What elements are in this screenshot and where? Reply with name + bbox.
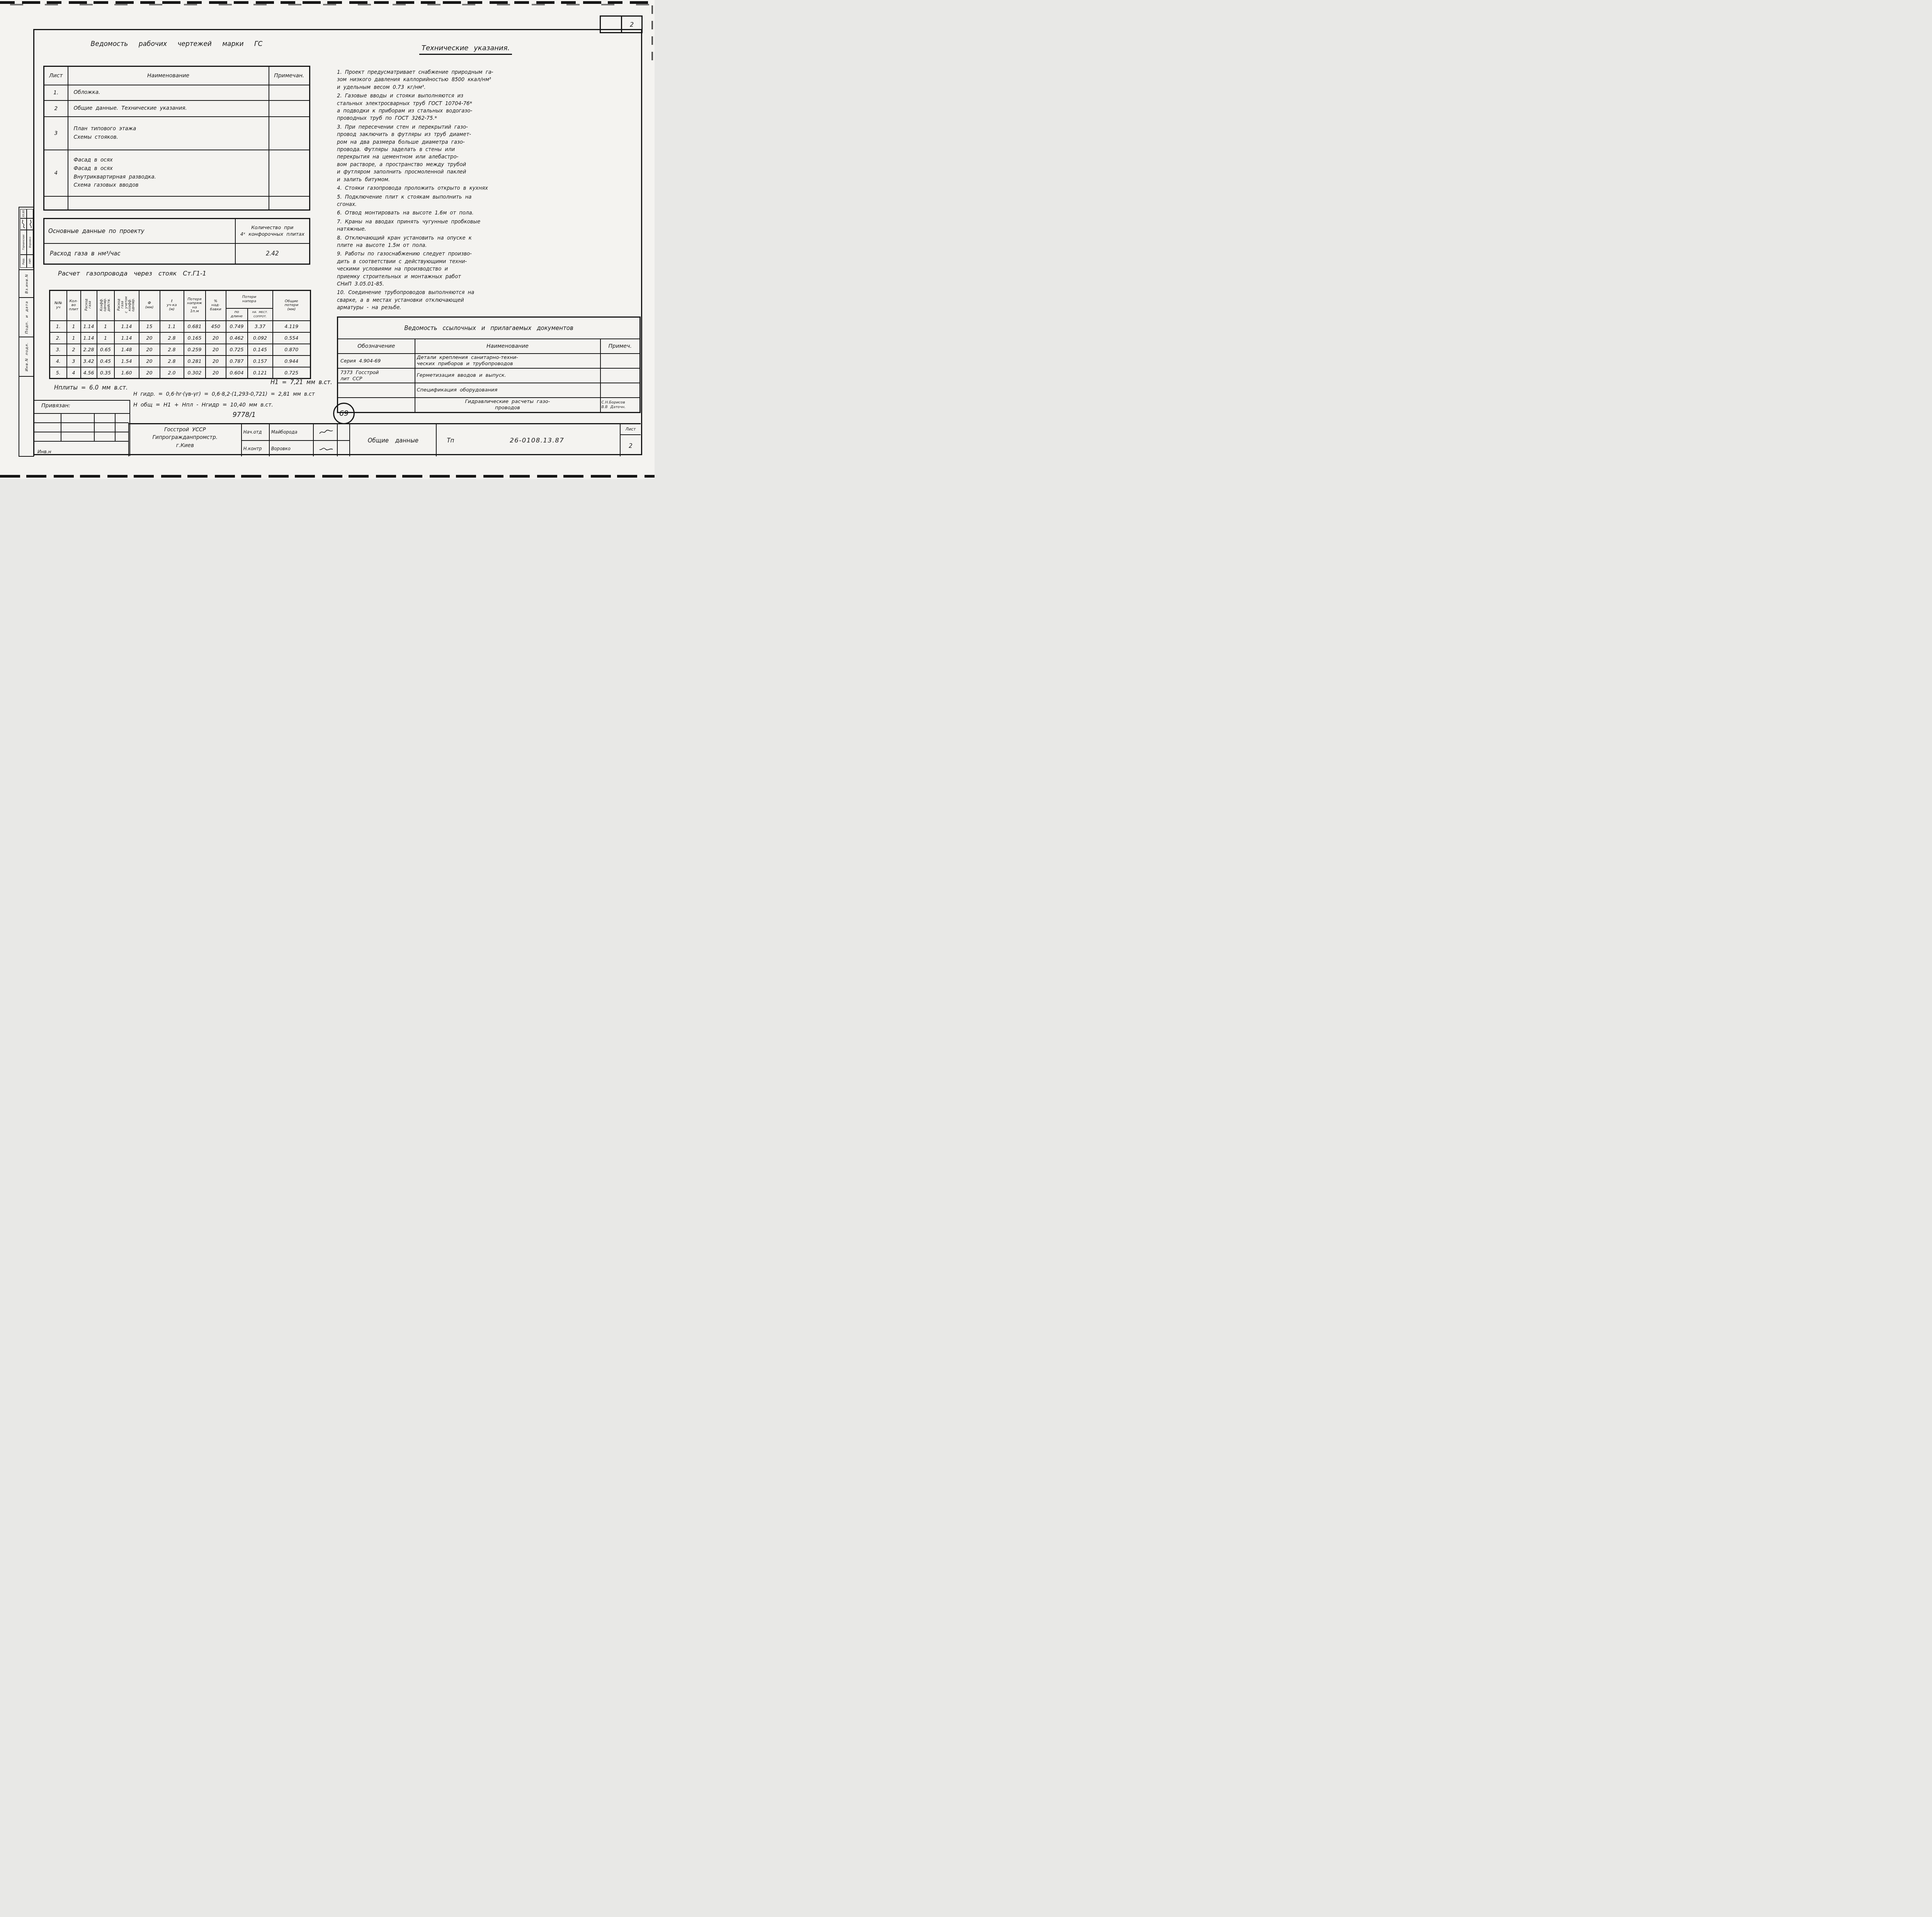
cell: 0.092 xyxy=(248,332,273,344)
sign-date-empty xyxy=(27,209,33,218)
worklist-header-row: Лист Наименование Примечан. xyxy=(44,66,310,85)
cell: 1.14 xyxy=(114,332,139,344)
grid-cell xyxy=(34,423,61,432)
cell-code xyxy=(338,383,415,398)
left-stamp-column: Разр. Горчинская XII.86 ГИП Воровко Вз.и… xyxy=(19,207,34,457)
cell-name: Герметизация вводов и выпуск. xyxy=(415,368,600,383)
cell: 0.165 xyxy=(184,332,206,344)
cell: 20 xyxy=(139,367,160,379)
cell: 1.1 xyxy=(160,321,184,332)
cell: 2 xyxy=(67,344,81,356)
cell: 2.0 xyxy=(160,367,184,379)
grid-cell xyxy=(61,423,95,432)
doc-number: 9778/1 xyxy=(233,411,256,419)
cell-sheet xyxy=(44,196,68,210)
cell: 1.48 xyxy=(114,344,139,356)
cell-sheet: 2 xyxy=(44,100,68,117)
approval-name: Воровко xyxy=(270,441,314,457)
gas-flow-value: 2.42 xyxy=(235,243,310,264)
calc-header-row-1: №№ уч Кол- во плит Расход газа Коэфф. од… xyxy=(50,291,311,308)
tech-note-1: 1. Проект предусматривает снабжение прир… xyxy=(337,69,600,91)
cell-note xyxy=(269,100,310,117)
cell: 2. xyxy=(50,332,67,344)
h-po-dline: по длине xyxy=(226,308,248,321)
docs-row: Спецификация оборудования xyxy=(338,383,640,398)
cell: 1.54 xyxy=(114,356,139,367)
worklist-title: Ведомость рабочих чертежей марки ГС xyxy=(43,40,310,48)
tech-note-2: 2. Газовые вводы и стояки выполняются из… xyxy=(337,92,600,122)
cell: 20 xyxy=(206,344,226,356)
cell: 3.37 xyxy=(248,321,273,332)
cell: 20 xyxy=(139,344,160,356)
stamp-empty-cell xyxy=(19,377,34,456)
approval-role: Нач.отд xyxy=(242,424,270,440)
cell-code: Серия 4.904-69 xyxy=(338,354,415,368)
cell-note xyxy=(600,354,640,368)
calc-row: 1.11.1411.14151.10.6814500.7493.374.119 xyxy=(50,321,311,332)
tech-notes-title: Технические указания. xyxy=(419,44,512,55)
h-mest-soprot: НА МЕСТ. СОПРОТ. xyxy=(248,308,273,321)
tech-note-8: 8. Отключающий кран установить на опуске… xyxy=(337,235,600,250)
cell: 0.462 xyxy=(226,332,248,344)
cell-name xyxy=(68,196,269,210)
h-uch: №№ уч xyxy=(50,291,67,321)
cell: 4. xyxy=(50,356,67,367)
cell: 20 xyxy=(139,332,160,344)
basic-data-row: Расход газа в нм³/час 2.42 xyxy=(44,243,310,264)
cell: 1.60 xyxy=(114,367,139,379)
cell-name: Гидравлические расчеты газо- проводов xyxy=(415,398,600,412)
grid-cell xyxy=(61,432,95,442)
worklist-row xyxy=(44,196,310,210)
calc-title: Расчет газопровода через стояк Ст.Г1-1 xyxy=(58,270,206,277)
cell-note xyxy=(269,85,310,100)
tech-note-10: 10. Соединение трубопроводов выполняются… xyxy=(337,289,600,311)
signature-icon xyxy=(27,218,33,230)
cell: 20 xyxy=(206,367,226,379)
sheet-number: 2 xyxy=(621,435,641,456)
h-plates: Кол- во плит xyxy=(67,291,81,321)
docs-title-row: Ведомость ссылочных и прилагаемых докуме… xyxy=(338,317,640,339)
tech-note-9: 9. Работы по газоснабжению следует произ… xyxy=(337,250,600,288)
cell-note xyxy=(600,368,640,383)
col-sheet: Лист xyxy=(44,66,68,85)
cell: 0.45 xyxy=(97,356,114,367)
cell: 4.119 xyxy=(273,321,311,332)
cell-name: Детали крепления санитарно-техни- ческих… xyxy=(415,354,600,368)
cell: 0.35 xyxy=(97,367,114,379)
col-note: Примечан. xyxy=(269,66,310,85)
cell: 4 xyxy=(67,367,81,379)
tech-note-3: 3. При пересечении стен и перекрытий газ… xyxy=(337,124,600,184)
grid-cell xyxy=(34,414,61,423)
torn-edge-top-2 xyxy=(0,4,655,5)
approval-role: Н.контр xyxy=(242,441,270,457)
document-code: 26-0108.13.87 xyxy=(454,437,620,444)
grid-cell xyxy=(116,432,129,442)
h-rashod: Расход газа xyxy=(81,291,97,321)
cell: 20 xyxy=(206,332,226,344)
cell: 1.14 xyxy=(114,321,139,332)
cell: 1. xyxy=(50,321,67,332)
cell: 0.554 xyxy=(273,332,311,344)
grid-cell xyxy=(95,414,116,423)
cell: 0.604 xyxy=(226,367,248,379)
worklist-row: 3 План типового этажа Схемы стояков. xyxy=(44,117,310,150)
cell: 2.8 xyxy=(160,356,184,367)
grid-cell xyxy=(116,423,129,432)
cell-code xyxy=(338,398,415,412)
stamp-vzam-inv: Вз.инв.N xyxy=(19,270,34,298)
cell: 1 xyxy=(97,321,114,332)
cell: 0.787 xyxy=(226,356,248,367)
h-total-losses: Общие потери (мм) xyxy=(273,291,311,321)
calc-row: 4.33.420.451.54202.80.281200.7870.1570.9… xyxy=(50,356,311,367)
approval-name: Майборода xyxy=(270,424,314,440)
basic-data-header-row: Основные данные по проекту Количество пр… xyxy=(44,219,310,243)
h-koeff: Коэфф. одновр. действ. xyxy=(97,291,114,321)
signature-icon xyxy=(314,424,338,440)
sign-role: Разр. xyxy=(20,255,27,268)
cell: 0.944 xyxy=(273,356,311,367)
docs-row: Серия 4.904-69 Детали крепления санитарн… xyxy=(338,354,640,368)
tech-note-6: 6. Отвод монтировать на высоте 1.6м от п… xyxy=(337,209,600,217)
worklist-table: Лист Наименование Примечан. 1. Обложка. … xyxy=(43,66,309,211)
docs-title: Ведомость ссылочных и прилагаемых докуме… xyxy=(338,317,640,339)
cell-note xyxy=(269,150,310,196)
approval-empty xyxy=(338,441,350,457)
worklist-row: 1. Обложка. xyxy=(44,85,310,100)
cell-sheet: 4 xyxy=(44,150,68,196)
cell: 5. xyxy=(50,367,67,379)
docs-list-table: Ведомость ссылочных и прилагаемых докуме… xyxy=(337,316,639,413)
h-percent: % над- бавки xyxy=(206,291,226,321)
grid-cell xyxy=(61,414,95,423)
cell: 0.725 xyxy=(226,344,248,356)
cell-note xyxy=(269,117,310,150)
cell: 0.870 xyxy=(273,344,311,356)
basic-data-table: Основные данные по проекту Количество пр… xyxy=(43,218,309,265)
document-code-cell: Тп 26-0108.13.87 xyxy=(437,424,621,456)
cell-note xyxy=(269,196,310,210)
binding-grid xyxy=(34,414,129,442)
cell: 0.65 xyxy=(97,344,114,356)
cell: 0.121 xyxy=(248,367,273,379)
formula-hydro: Н гидр. = 0,6·hr·(γв-γг) = 0,6·8,2·(1,29… xyxy=(133,391,315,397)
formula-plates: Нплиты = 6.0 мм в.ст. xyxy=(54,384,128,391)
cell: 1.14 xyxy=(81,332,97,344)
tech-note-7: 7. Краны на вводах принять чугунные проб… xyxy=(337,218,600,233)
cell: 3.42 xyxy=(81,356,97,367)
sign-name: Горчинская xyxy=(20,230,27,255)
scanned-drawing-sheet: 2 Разр. Горчинская XII.86 ГИП Воровко Вз… xyxy=(0,0,655,479)
cell: 1 xyxy=(67,321,81,332)
torn-edge-top xyxy=(0,1,655,4)
cell: 15 xyxy=(139,321,160,332)
cell: 0.157 xyxy=(248,356,273,367)
tech-notes: 1. Проект предусматривает снабжение прир… xyxy=(337,69,600,313)
cell: 0.281 xyxy=(184,356,206,367)
sign-grid: Разр. Горчинская XII.86 ГИП Воровко xyxy=(20,209,33,268)
approval-empty xyxy=(338,424,350,440)
cell: 1.14 xyxy=(81,321,97,332)
signature-icon xyxy=(20,218,27,230)
basic-data-label: Основные данные по проекту xyxy=(44,219,235,243)
formula-h1: Н1 = 7,21 мм в.ст. xyxy=(270,379,332,386)
page-number: 2 xyxy=(630,21,634,28)
cell: 450 xyxy=(206,321,226,332)
cell: 20 xyxy=(139,356,160,367)
h-rashod-uch: Расход газа с учетом коэфф. одновр. xyxy=(114,291,139,321)
formula-total: Н общ = Н1 + Нпл - Нгидр = 10,40 мм в.ст… xyxy=(133,402,273,408)
cell: 0.259 xyxy=(184,344,206,356)
inv-number-label: Инв.н xyxy=(37,449,51,454)
torn-edge-bottom xyxy=(0,475,655,478)
sheet-title: Общие данные xyxy=(350,424,437,456)
cell: 0.749 xyxy=(226,321,248,332)
binding-label: Привязан: xyxy=(34,401,129,414)
gas-flow-label: Расход газа в нм³/час xyxy=(44,243,235,264)
cell-sheet: 3 xyxy=(44,117,68,150)
basic-data-qty-label: Количество при 4ˣ конфорочных плитах xyxy=(235,219,310,243)
cell: 0.681 xyxy=(184,321,206,332)
col-note: Примеч. xyxy=(600,339,640,354)
tech-note-4: 4. Стояки газопровода проложить открыто … xyxy=(337,185,600,192)
torn-edge-right xyxy=(651,5,653,63)
cell: 1 xyxy=(67,332,81,344)
cell-note: С.Н.Борисов В.В Даточн. xyxy=(600,398,640,412)
cell: 3. xyxy=(50,344,67,356)
cell-sheet: 1. xyxy=(44,85,68,100)
binding-block: Привязан: Инв.н xyxy=(33,400,130,456)
cell-name: План типового этажа Схемы стояков. xyxy=(68,117,269,150)
h-diameter: Ф (мм) xyxy=(139,291,160,321)
col-code: Обозначение xyxy=(338,339,415,354)
sheet-label: Лист xyxy=(621,424,641,435)
cell-name: Обложка. xyxy=(68,85,269,100)
calc-table: №№ уч Кол- во плит Расход газа Коэфф. од… xyxy=(49,290,310,379)
cell: 0.145 xyxy=(248,344,273,356)
cell-name: Общие данные. Технические указания. xyxy=(68,100,269,117)
grid-cell xyxy=(116,414,129,423)
approval-row: Н.контр Воровко xyxy=(242,441,350,457)
cell: 0.302 xyxy=(184,367,206,379)
title-block: Госстрой УССР Гипрогражданпромстр. г.Кие… xyxy=(128,423,641,456)
worklist-row: 4 Фасад в осях Фасад в осях Внутрикварти… xyxy=(44,150,310,196)
docs-row: Гидравлические расчеты газо- проводов С.… xyxy=(338,398,640,412)
sheet-number-cell: Лист 2 xyxy=(621,424,641,456)
cell-note xyxy=(600,383,640,398)
series-label: Тп xyxy=(447,437,454,444)
docs-row: 7373 Госстрой лит ССР Герметизация вводо… xyxy=(338,368,640,383)
cell: 3 xyxy=(67,356,81,367)
cell: 1 xyxy=(97,332,114,344)
h-length: ℓ уч-ка (м) xyxy=(160,291,184,321)
grid-cell xyxy=(95,432,116,442)
cell: 2.8 xyxy=(160,332,184,344)
calc-row: 3.22.280.651.48202.80.259200.7250.1450.8… xyxy=(50,344,311,356)
approvals: Нач.отд Майборода Н.контр Воровко xyxy=(242,424,350,456)
cell-name: Фасад в осях Фасад в осях Внутриквартирн… xyxy=(68,150,269,196)
cell: 0.725 xyxy=(273,367,311,379)
cell: 4.56 xyxy=(81,367,97,379)
stamp-podp-data: Подп. и дата xyxy=(19,298,34,337)
left-sign-table: Разр. Горчинская XII.86 ГИП Воровко xyxy=(19,208,34,270)
sign-date: XII.86 xyxy=(20,209,27,218)
grid-cell xyxy=(34,432,61,442)
cell-code: 7373 Госстрой лит ССР xyxy=(338,368,415,383)
col-name: Наименование xyxy=(415,339,600,354)
h-group-losses: Потери напора xyxy=(226,291,273,308)
h-loss-per-m: Потеря напряж на 1п.м xyxy=(184,291,206,321)
sign-role: ГИП xyxy=(27,255,33,268)
calc-row: 2.11.1411.14202.80.165200.4620.0920.554 xyxy=(50,332,311,344)
worklist-row: 2 Общие данные. Технические указания. xyxy=(44,100,310,117)
cell: 20 xyxy=(206,356,226,367)
approval-row: Нач.отд Майборода xyxy=(242,424,350,441)
grid-cell xyxy=(95,423,116,432)
tech-note-5: 5. Подключение плит к стоякам выполнить … xyxy=(337,194,600,209)
col-name: Наименование xyxy=(68,66,269,85)
signature-icon xyxy=(314,441,338,457)
sign-name: Воровко xyxy=(27,230,33,255)
cell-name: Спецификация оборудования xyxy=(415,383,600,398)
cell: 2.8 xyxy=(160,344,184,356)
docs-header-row: Обозначение Наименование Примеч. xyxy=(338,339,640,354)
calc-row: 5.44.560.351.60202.00.302200.6040.1210.7… xyxy=(50,367,311,379)
stamp-inv-podl: Инв.N подл. xyxy=(19,337,34,377)
organization: Госстрой УССР Гипрогражданпромстр. г.Кие… xyxy=(129,424,242,456)
cell: 2.28 xyxy=(81,344,97,356)
